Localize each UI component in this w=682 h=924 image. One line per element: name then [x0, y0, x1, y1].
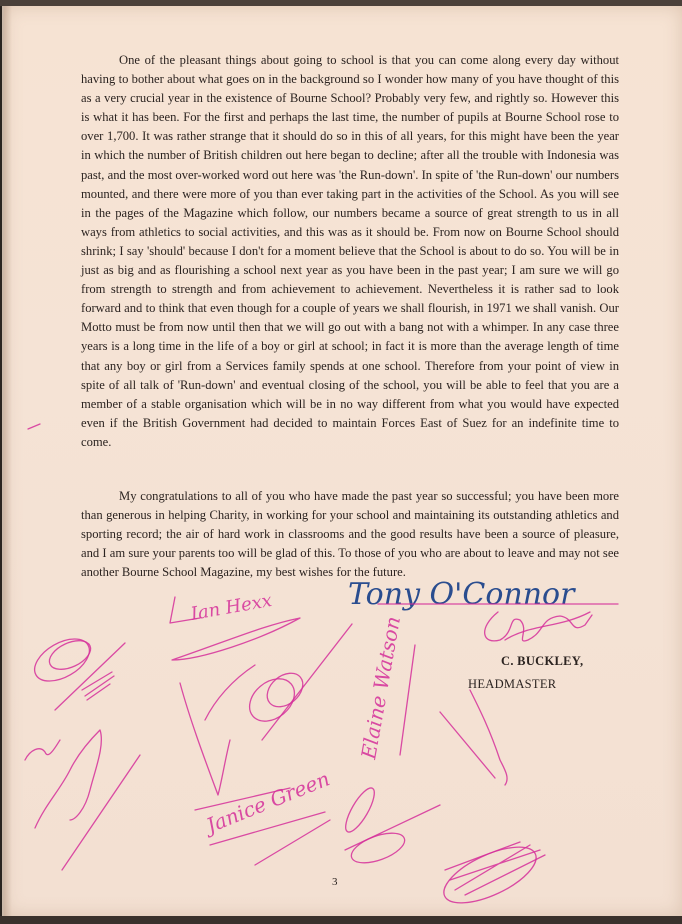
signoff-name: C. BUCKLEY, — [501, 654, 621, 669]
body-text-block-1: One of the pleasant things about going t… — [81, 51, 619, 452]
body-text-block-2: My congratulations to all of you who hav… — [81, 487, 619, 582]
magazine-page: One of the pleasant things about going t… — [2, 6, 682, 916]
paragraph-congratulations: My congratulations to all of you who hav… — [81, 487, 619, 582]
paragraph-headmaster-intro: One of the pleasant things about going t… — [81, 51, 619, 452]
page-number: 3 — [332, 876, 338, 888]
scan-bottom-edge — [0, 916, 682, 924]
signoff-title: HEADMASTER — [468, 677, 608, 692]
